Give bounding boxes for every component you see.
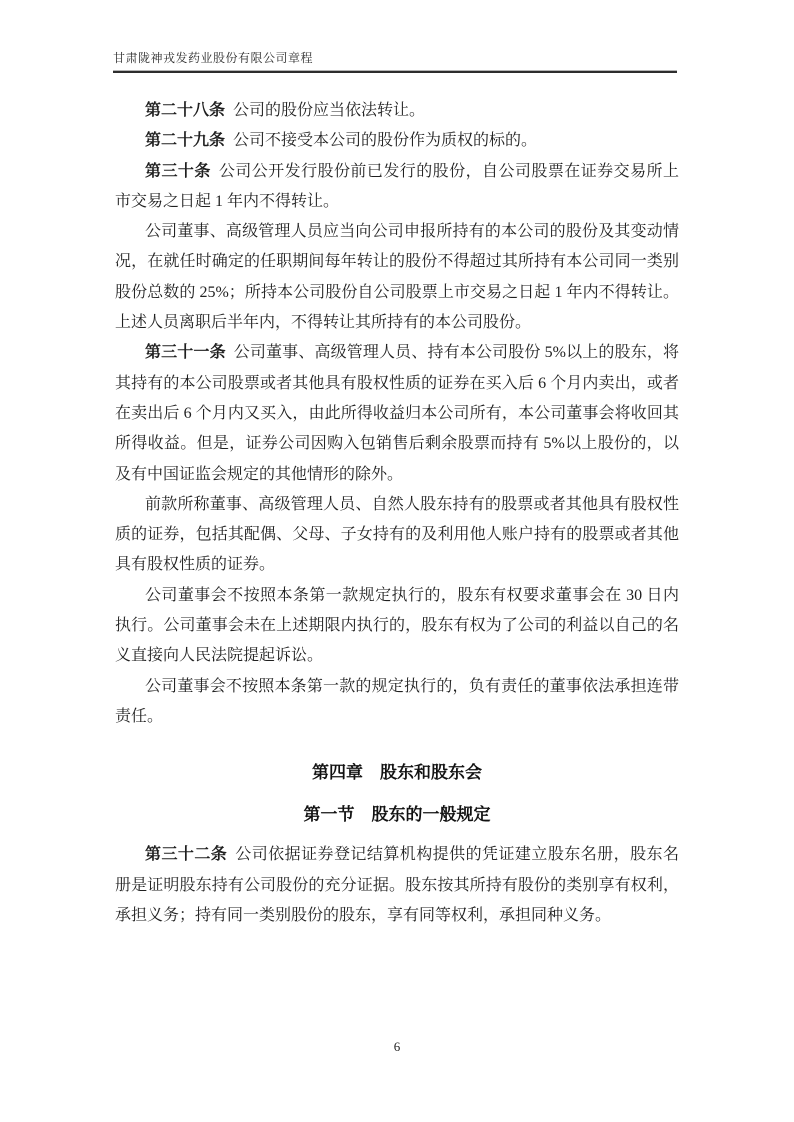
page-number: 6 bbox=[394, 1039, 401, 1054]
header-title: 甘肃陇神戎发药业股份有限公司章程 bbox=[113, 50, 677, 67]
article-paragraph: 第二十八条公司的股份应当依法转让。 bbox=[115, 96, 679, 126]
document-page: 甘肃陇神戎发药业股份有限公司章程 第二十八条公司的股份应当依法转让。 第二十九条… bbox=[0, 0, 794, 1122]
article-text: 公司的股份应当依法转让。 bbox=[233, 102, 425, 119]
article-number: 第三十条 bbox=[145, 163, 211, 180]
paragraph-text: 公司董事会不按照本条第一款的规定执行的，负有责任的董事依法承担连带责任。 bbox=[115, 678, 679, 725]
body-paragraph: 公司董事、高级管理人员应当向公司申报所持有的本公司的股份及其变动情况，在就任时确… bbox=[115, 217, 679, 338]
paragraph-text: 公司董事会不按照本条第一款规定执行的，股东有权要求董事会在 30 日内执行。公司… bbox=[115, 587, 679, 665]
article-text: 公司不接受本公司的股份作为质权的标的。 bbox=[233, 132, 537, 149]
article-paragraph: 第三十条公司公开发行股份前已发行的股份，自公司股票在证券交易所上市交易之日起 1… bbox=[115, 157, 679, 218]
article-number: 第三十一条 bbox=[145, 344, 226, 361]
article-paragraph: 第三十二条公司依据证券登记结算机构提供的凭证建立股东名册，股东名册是证明股东持有… bbox=[115, 840, 679, 931]
page-header: 甘肃陇神戎发药业股份有限公司章程 bbox=[0, 0, 794, 67]
article-number: 第二十八条 bbox=[145, 102, 225, 119]
body-paragraph: 前款所称董事、高级管理人员、自然人股东持有的股票或者其他具有股权性质的证券，包括… bbox=[115, 490, 679, 581]
body-paragraph: 公司董事会不按照本条第一款的规定执行的，负有责任的董事依法承担连带责任。 bbox=[115, 672, 679, 733]
section-heading: 第一节 股东的一般规定 bbox=[115, 800, 679, 830]
article-paragraph: 第三十一条公司董事、高级管理人员、持有本公司股份 5%以上的股东，将其持有的本公… bbox=[115, 338, 679, 489]
article-paragraph: 第二十九条公司不接受本公司的股份作为质权的标的。 bbox=[115, 126, 679, 156]
chapter-heading: 第四章 股东和股东会 bbox=[115, 758, 679, 788]
article-text: 公司董事、高级管理人员、持有本公司股份 5%以上的股东，将其持有的本公司股票或者… bbox=[115, 344, 679, 482]
document-body: 第二十八条公司的股份应当依法转让。 第二十九条公司不接受本公司的股份作为质权的标… bbox=[115, 96, 679, 931]
header-rule bbox=[113, 70, 677, 73]
body-paragraph: 公司董事会不按照本条第一款规定执行的，股东有权要求董事会在 30 日内执行。公司… bbox=[115, 581, 679, 672]
page-footer: 6 bbox=[0, 1038, 794, 1056]
paragraph-text: 前款所称董事、高级管理人员、自然人股东持有的股票或者其他具有股权性质的证券，包括… bbox=[115, 496, 679, 574]
article-number: 第二十九条 bbox=[145, 132, 225, 149]
paragraph-text: 公司董事、高级管理人员应当向公司申报所持有的本公司的股份及其变动情况，在就任时确… bbox=[115, 223, 679, 331]
article-number: 第三十二条 bbox=[145, 846, 227, 863]
